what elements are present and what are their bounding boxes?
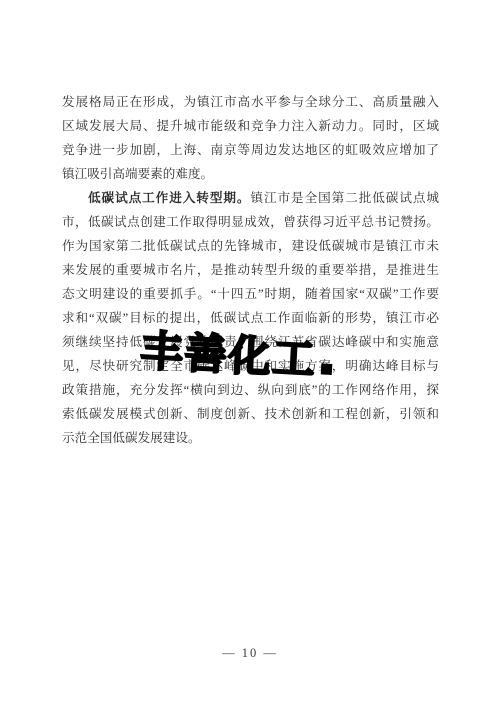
paragraph1-line-last: 镇江吸引高端要素的难度。 (62, 162, 439, 186)
paragraph2-line: 索低碳发展模式创新、制度创新、技术创新和工程创新，引领和 (62, 402, 439, 426)
paragraph2-lead-rest: 镇江市是全国第二批低碳试点城 (250, 191, 439, 205)
watermark-stamp: 丰善化工 (139, 327, 333, 385)
paragraph2-line: 作为国家第二批低碳试点的先锋城市，建设低碳城市是镇江市未 (62, 234, 439, 258)
document-page: 发展格局正在形成，为镇江市高水平参与全球分工、高质量融入 区域发展大局、提升城市… (0, 0, 500, 707)
watermark-period-dot (321, 363, 333, 375)
paragraph2-lead-bold: 低碳试点工作进入转型期。 (88, 191, 250, 205)
paragraph2-line: 求和“双碳”目标的提出，低碳试点工作面临新的形势，镇江市必 (62, 306, 439, 330)
paragraph2-line: 态文明建设的重要抓手。“十四五”时期，随着国家“双碳”工作要 (62, 282, 439, 306)
paragraph1-line: 发展格局正在形成，为镇江市高水平参与全球分工、高质量融入 (62, 90, 439, 114)
paragraph2-line: 政策措施，充分发挥“横向到边、纵向到底”的工作网络作用，探 (62, 378, 439, 402)
watermark-text: 丰善化工 (140, 327, 318, 383)
paragraph2-line-last: 示范全国低碳发展建设。 (62, 426, 439, 450)
paragraph1-line: 竞争进一步加剧，上海、南京等周边发达地区的虹吸效应增加了 (62, 138, 439, 162)
paragraph2-lead-line: 低碳试点工作进入转型期。镇江市是全国第二批低碳试点城 (62, 186, 439, 210)
paragraph2-line: 市，低碳试点创建工作取得明显成效，曾获得习近平总书记赞扬。 (62, 210, 439, 234)
paragraph2-line: 来发展的重要城市名片，是推动转型升级的重要举措，是推进生 (62, 258, 439, 282)
page-number: — 10 — (0, 646, 500, 661)
body-text: 发展格局正在形成，为镇江市高水平参与全球分工、高质量融入 区域发展大局、提升城市… (62, 90, 439, 450)
paragraph1-line: 区域发展大局、提升城市能级和竞争力注入新动力。同时，区域 (62, 114, 439, 138)
